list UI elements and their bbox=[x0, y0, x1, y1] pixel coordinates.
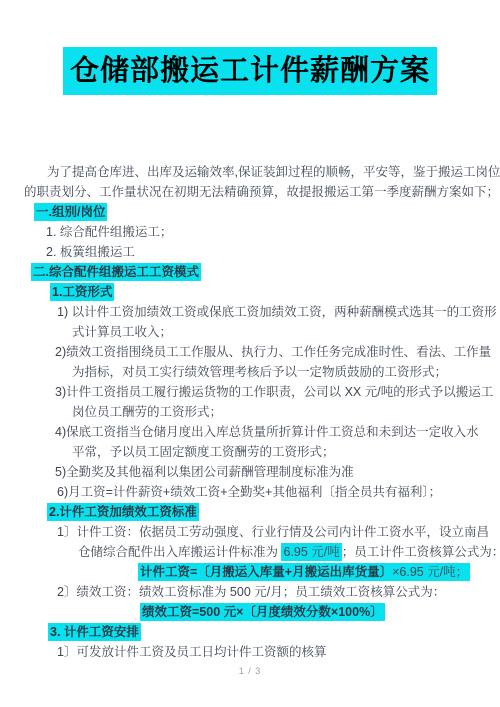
piece-rate-formula-line: 计件工资=〔月搬运入库量+月搬运出库货量〕×6.95 元/吨； bbox=[0, 562, 500, 582]
performance-wage-item: 2〕绩效工资：绩效工资标准为 500 元/月；员工绩效工资核算公式为： bbox=[0, 582, 500, 602]
section-1-heading-line: 一.组别/岗位 bbox=[0, 202, 500, 222]
piece-rate-formula-rest: ×6.95 元/吨； bbox=[392, 565, 468, 579]
intro-line-1: 为了提高仓库进、出库及运输效率,保证装卸过程的顺畅，平安等，鉴于搬运工岗位 bbox=[0, 162, 500, 182]
subsection-2-heading: 2.计件工资加绩效工资标准 bbox=[47, 503, 199, 521]
section-1-heading: 一.组别/岗位 bbox=[34, 203, 107, 221]
wage-item-2-line-2: 为指标，对员工实行绩效管理考核后予以一定物质鼓励的工资形式； bbox=[0, 362, 500, 382]
page-number: 1 / 3 bbox=[0, 666, 500, 676]
piece-rate-item-1-line-2: 仓储综合配件出入库搬运计件标准为 6.95 元/吨；员工计件工资核算公式为： bbox=[0, 542, 500, 562]
subsection-3-heading: 3. 计件工资安排 bbox=[48, 623, 141, 641]
wage-item-2-line-1: 2)绩效工资指围绕员工工作服从、执行力、工作任务完成准时性、看法、工作量 bbox=[0, 342, 500, 362]
piece-rate-value-highlight: 6.95 元/吨 bbox=[281, 543, 341, 561]
section-2-heading: 二.综合配件组搬运工工资模式 bbox=[31, 263, 201, 281]
performance-formula-line: 绩效工资=500 元×〔月度绩效分数×100%〕 bbox=[0, 602, 500, 622]
wage-item-4-line-1: 4)保底工资指当仓储月度出入库总货量所折算计件工资总和未到达一定收入水 bbox=[0, 422, 500, 442]
arrangement-item-1: 1〕可发放计件工资及员工日均计件工资额的核算 bbox=[0, 642, 500, 662]
piece-rate-text-post: ；员工计件工资核算公式为： bbox=[342, 545, 500, 559]
section-1-item-1: 1. 综合配件组搬运工； bbox=[0, 222, 500, 242]
intro-line-2: 的职责划分、工作量状况在初期无法精确预算，故提报搬运工第一季度薪酬方案如下； bbox=[0, 182, 500, 202]
subsection-1-heading: 1.工资形式 bbox=[50, 283, 114, 301]
subsection-1-heading-line: 1.工资形式 bbox=[0, 282, 500, 302]
piece-rate-formula-highlight: 计件工资=〔月搬运入库量+月搬运出库货量〕×6.95 元/吨； bbox=[138, 563, 470, 581]
wage-item-4-line-2: 平常，予以员工固定额度工资酬劳的工资形式； bbox=[0, 442, 500, 462]
wage-item-3-line-2: 岗位员工酬劳的工资形式； bbox=[0, 402, 500, 422]
document-page: 仓储部搬运工计件薪酬方案 为了提高仓库进、出库及运输效率,保证装卸过程的顺畅，平… bbox=[0, 0, 500, 707]
performance-formula-highlight: 绩效工资=500 元×〔月度绩效分数×100%〕 bbox=[140, 603, 385, 621]
wage-item-6: 6)月工资=计件薪资+绩效工资+全勤奖+其他福利〔指全员共有福利〕； bbox=[0, 482, 500, 502]
wage-item-1-line-1: 1) 以计件工资加绩效工资或保底工资加绩效工资，两种薪酬模式选其一的工资形 bbox=[0, 302, 500, 322]
section-2-heading-line: 二.综合配件组搬运工工资模式 bbox=[0, 262, 500, 282]
piece-rate-text-pre: 仓储综合配件出入库搬运计件标准为 bbox=[78, 545, 281, 559]
piece-rate-item-1-line-1: 1〕计件工资：依据员工劳动强度、行业行情及公司内计件工资水平，设立南昌 bbox=[0, 522, 500, 542]
document-title: 仓储部搬运工计件薪酬方案 bbox=[63, 47, 437, 95]
piece-rate-formula-bold: 计件工资=〔月搬运入库量+月搬运出库货量〕 bbox=[140, 565, 392, 579]
subsection-3-heading-line: 3. 计件工资安排 bbox=[0, 622, 500, 642]
wage-item-5: 5)全勤奖及其他福利以集团公司薪酬管理制度标准为准 bbox=[0, 462, 500, 482]
wage-item-1-line-2: 式计算员工收入； bbox=[0, 322, 500, 342]
document-body: 为了提高仓库进、出库及运输效率,保证装卸过程的顺畅，平安等，鉴于搬运工岗位 的职… bbox=[0, 162, 500, 662]
section-1-item-2: 2. 板簧组搬运工 bbox=[0, 242, 500, 262]
subsection-2-heading-line: 2.计件工资加绩效工资标准 bbox=[0, 502, 500, 522]
wage-item-3-line-1: 3)计件工资指员工履行搬运货物的工作职责，公司以 XX 元/吨的形式予以搬运工 bbox=[0, 382, 500, 402]
